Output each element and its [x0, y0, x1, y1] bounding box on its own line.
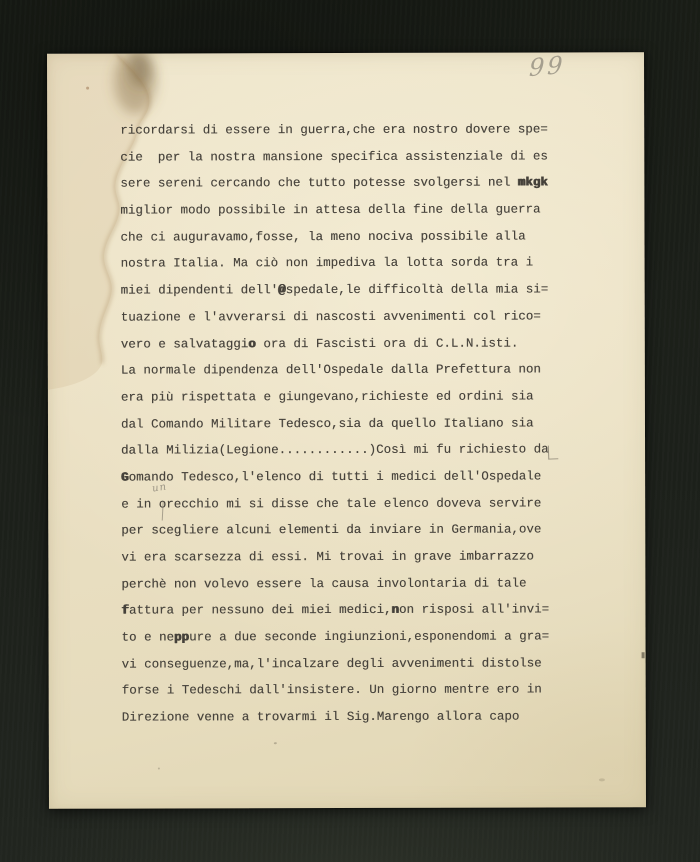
paper-edge-nick	[642, 652, 645, 658]
document-page: 99 ricordarsi di essere in guerra,che er…	[47, 52, 646, 809]
pencil-annotation-inserted-word: un	[151, 481, 167, 494]
typed-line: era più rispettata e giungevano,richiest…	[121, 383, 549, 411]
typed-line: dalla Milizia(Legione............)Così m…	[121, 437, 549, 465]
typed-line: vi era scarsezza di essi. Mi trovai in g…	[121, 543, 549, 571]
typed-line: La normale dipendenza dell'Ospedale dall…	[121, 357, 549, 385]
typed-line: Direzione venne a trovarmi il Sig.Mareng…	[122, 704, 550, 732]
typed-line: forse i Tedeschi dall'insistere. Un gior…	[122, 677, 550, 705]
typed-line: vi conseguenze,ma,l'incalzare degli avve…	[122, 650, 550, 678]
typed-line: to e neppure a due seconde ingiunzioni,e…	[122, 624, 550, 652]
typed-text: ricordarsi di essere in guerra,che era n…	[120, 116, 549, 731]
typed-line: miei dipendenti dell'@spedale,le diffico…	[121, 277, 549, 305]
typed-line: vero e salvataggio ora di Fascisti ora d…	[121, 330, 549, 358]
pencil-margin-mark	[548, 445, 559, 459]
paper-speck	[274, 742, 277, 744]
scan-background: 99 ricordarsi di essere in guerra,che er…	[0, 0, 700, 862]
typed-line: perchè non volevo essere la causa involo…	[121, 570, 549, 598]
typed-line: sere sereni cercando che tutto potesse s…	[120, 170, 548, 198]
typed-line: e in orecchio mi si disse che tale elenc…	[121, 490, 549, 518]
typed-line: fattura per nessuno dei miei medici,non …	[121, 597, 549, 625]
typed-line: per scegliere alcuni elementi da inviare…	[121, 517, 549, 545]
typed-line: miglior modo possibile in attesa della f…	[120, 197, 548, 225]
paper-speck	[86, 87, 89, 90]
typed-line: ricordarsi di essere in guerra,che era n…	[120, 116, 548, 144]
typed-line: Gomando Tedesco,l'elenco di tutti i medi…	[121, 463, 549, 491]
paper-smudge	[599, 778, 605, 781]
page-number-pencil: 99	[528, 51, 566, 83]
typed-line: cie per la nostra mansione specifica ass…	[120, 143, 548, 171]
typed-line: tuazione e l'avverarsi di nascosti avven…	[121, 303, 549, 331]
typed-line: dal Comando Militare Tedesco,sia da quel…	[121, 410, 549, 438]
typed-line: nostra Italia. Ma ciò non impediva la lo…	[121, 250, 549, 278]
typed-line: che ci auguravamo,fosse, la meno nociva …	[120, 223, 548, 251]
paper-speck	[158, 767, 160, 769]
